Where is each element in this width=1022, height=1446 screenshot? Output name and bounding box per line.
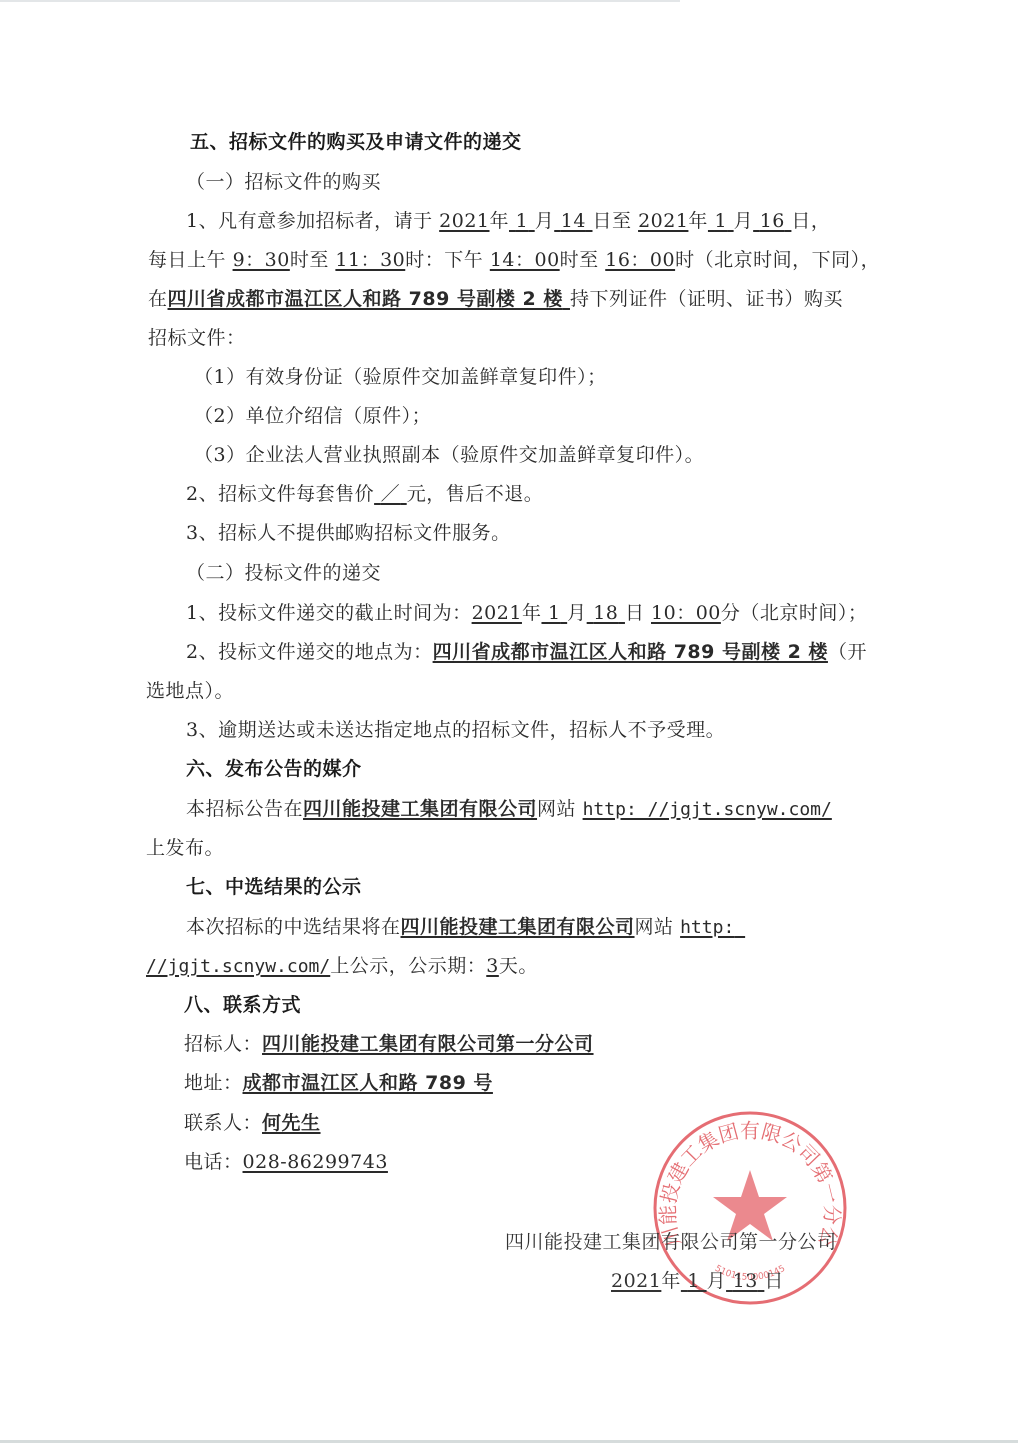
required-doc-3: （3）企业法人营业执照副本（验原件交加盖鲜章复印件）。 <box>194 443 704 467</box>
result-announcement-line2: //jgjt.scnyw.com/上公示，公示期：3天。 <box>146 954 538 979</box>
required-doc-2: （2）单位介绍信（原件）； <box>194 404 431 428</box>
text: 网站 <box>537 798 576 820</box>
publication-line2: 上发布。 <box>146 836 224 860</box>
text: 每日上午 <box>148 249 226 271</box>
late-submission-line: 3、逾期送达或未送达指定地点的招标文件，招标人不予受理。 <box>186 718 725 742</box>
text: 时（北京时间，下同）， <box>675 249 880 271</box>
end-month: 1 <box>708 210 734 232</box>
text: 月 <box>707 1270 727 1292</box>
value: 18 <box>593 602 618 624</box>
section7-heading: 七、中选结果的公示 <box>186 875 362 899</box>
value: http: <box>680 917 734 938</box>
section6-heading: 六、发布公告的媒介 <box>186 757 362 781</box>
deadline-day: 18 <box>587 602 625 624</box>
phone-line: 电话：028-86299743 <box>184 1150 388 1174</box>
value: 13 <box>733 1270 758 1292</box>
start-year: 2021 <box>439 210 489 232</box>
value: ／ <box>381 483 401 505</box>
start-day: 14 <box>554 210 592 232</box>
company-name: 四川能投建工集团有限公司 <box>303 798 537 820</box>
text: 年 <box>661 1270 681 1292</box>
phone-number: 028-86299743 <box>243 1151 388 1173</box>
sign-month: 1 <box>681 1270 707 1292</box>
website-link[interactable]: http: //jgjt.scnyw.com/ <box>583 799 832 820</box>
text: 年 <box>688 210 708 232</box>
text: 日至 <box>593 210 632 232</box>
purchase-line4: 招标文件： <box>148 326 246 350</box>
text: 时至 <box>290 249 329 271</box>
price-value: ／ <box>374 483 407 505</box>
purchase-address: 四川省成都市温江区人和路 789 号副楼 2 楼 <box>168 288 570 310</box>
company-name: 四川能投建工集团有限公司 <box>401 916 635 938</box>
pm-end-time: 16：00 <box>605 249 675 271</box>
contact-line: 联系人：何先生 <box>184 1111 321 1135</box>
text: （开 <box>828 641 867 663</box>
website-link-part2[interactable]: //jgjt.scnyw.com/ <box>146 956 330 977</box>
text: 2、招标文件每套售价 <box>186 483 374 505</box>
pm-start-time: 14：00 <box>490 249 560 271</box>
text: 分（北京时间）； <box>721 602 868 624</box>
tenderer-name: 四川能投建工集团有限公司第一分公司 <box>262 1033 594 1055</box>
website-link-part1[interactable]: http: <box>680 917 745 938</box>
label: 招标人： <box>184 1033 262 1055</box>
section5-sub2-heading: （二）投标文件的递交 <box>186 561 381 585</box>
tenderer-line: 招标人：四川能投建工集团有限公司第一分公司 <box>184 1032 594 1056</box>
text: 日 <box>625 602 645 624</box>
text: 日， <box>791 210 830 232</box>
text: 持下列证件（证明、证书）购买 <box>570 288 843 310</box>
end-year: 2021 <box>638 210 688 232</box>
text: 时：下午 <box>405 249 483 271</box>
address-value: 成都市温江区人和路 789 号 <box>243 1072 493 1094</box>
label: 电话： <box>184 1151 243 1173</box>
submission-address: 四川省成都市温江区人和路 789 号副楼 2 楼 <box>433 641 828 663</box>
text: 月 <box>567 602 587 624</box>
value: 1 <box>516 210 529 232</box>
sign-year: 2021 <box>611 1270 661 1292</box>
label: 联系人： <box>184 1112 262 1134</box>
submission-location-line2: 选地点）。 <box>146 679 234 703</box>
label: 地址： <box>184 1072 243 1094</box>
signature-date: 2021年 1 月 13 日 <box>611 1269 784 1293</box>
start-month: 1 <box>509 210 535 232</box>
sign-day: 13 <box>726 1270 764 1292</box>
value: 1 <box>714 210 727 232</box>
price-line: 2、招标文件每套售价 ／ 元，售后不退。 <box>186 482 543 506</box>
section5-sub1-heading: （一）招标文件的购买 <box>186 170 381 194</box>
value: 1 <box>687 1270 700 1292</box>
value: 16 <box>760 210 785 232</box>
section8-heading: 八、联系方式 <box>184 993 301 1017</box>
scan-bottom-edge <box>0 1440 1018 1443</box>
text: 本次招标的中选结果将在 <box>186 916 401 938</box>
text: 本招标公告在 <box>186 798 303 820</box>
text: 年 <box>522 602 542 624</box>
value: 14 <box>561 210 586 232</box>
text: 1、投标文件递交的截止时间为： <box>186 602 472 624</box>
am-end-time: 11：30 <box>335 249 405 271</box>
text: 月 <box>535 210 555 232</box>
purchase-location-line: 在四川省成都市温江区人和路 789 号副楼 2 楼 持下列证件（证明、证书）购买 <box>148 287 843 311</box>
required-doc-1: （1）有效身份证（验原件交加盖鲜章复印件）； <box>194 365 607 389</box>
text: 1、凡有意参加招标者，请于 <box>186 210 433 232</box>
deadline-time: 10：00 <box>651 602 721 624</box>
text: 天。 <box>499 955 538 977</box>
contact-person: 何先生 <box>262 1112 321 1134</box>
submission-location-line: 2、投标文件递交的地点为：四川省成都市温江区人和路 789 号副楼 2 楼（开 <box>186 640 867 664</box>
announcement-days: 3 <box>486 955 499 977</box>
deadline-line: 1、投标文件递交的截止时间为：2021年 1 月 18 日 10：00分（北京时… <box>186 601 867 625</box>
deadline-year: 2021 <box>472 602 522 624</box>
end-day: 16 <box>753 210 791 232</box>
text: 月 <box>734 210 754 232</box>
purchase-hours-line: 每日上午 9：30时至 11：30时：下午 14：00时至 16：00时（北京时… <box>148 248 880 272</box>
text: 时至 <box>560 249 599 271</box>
am-start-time: 9：30 <box>233 249 290 271</box>
text: 在 <box>148 288 168 310</box>
address-line: 地址：成都市温江区人和路 789 号 <box>184 1071 493 1095</box>
text: 日 <box>764 1270 784 1292</box>
signature-company: 四川能投建工集团有限公司第一分公司 <box>505 1230 837 1254</box>
text: 网站 <box>635 916 674 938</box>
purchase-period-line: 1、凡有意参加招标者，请于 2021年 1 月 14 日至 2021年 1 月 … <box>186 209 830 233</box>
deadline-month: 1 <box>541 602 567 624</box>
text: 2、投标文件递交的地点为： <box>186 641 433 663</box>
section5-heading: 五、招标文件的购买及申请文件的递交 <box>190 130 522 154</box>
no-mail-line: 3、招标人不提供邮购招标文件服务。 <box>186 521 511 545</box>
result-announcement-line: 本次招标的中选结果将在四川能投建工集团有限公司网站 http: <box>186 915 745 940</box>
text: 元，售后不退。 <box>407 483 544 505</box>
text: 上公示，公示期： <box>330 955 486 977</box>
publication-line: 本招标公告在四川能投建工集团有限公司网站 http: //jgjt.scnyw.… <box>186 797 832 822</box>
value: 1 <box>548 602 561 624</box>
text: 年 <box>490 210 510 232</box>
value: 四川省成都市温江区人和路 789 号副楼 2 楼 <box>168 288 563 310</box>
document-page: 五、招标文件的购买及申请文件的递交 （一）招标文件的购买 1、凡有意参加招标者，… <box>0 0 1022 1446</box>
